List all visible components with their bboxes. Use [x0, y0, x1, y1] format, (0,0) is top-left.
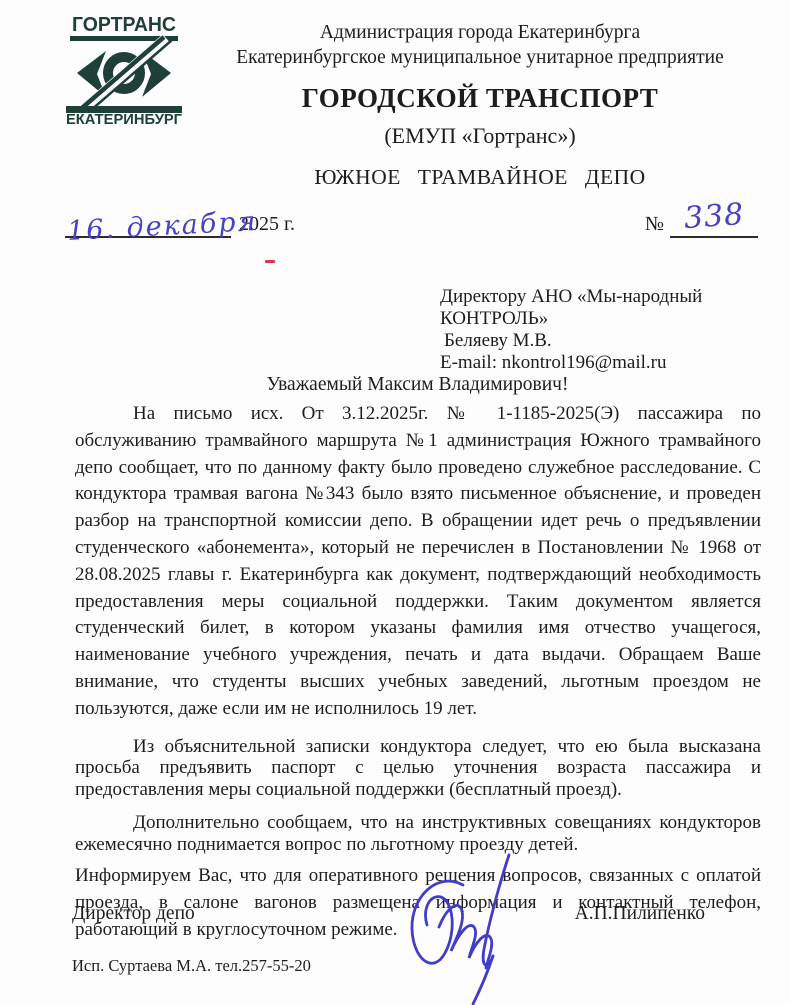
logo-top-text: ГОРТРАНС: [72, 14, 176, 36]
org-line1: Администрация города Екатеринбурга: [200, 20, 760, 45]
handwritten-signature-icon: [393, 853, 558, 1005]
org-line2: Екатеринбургское муниципальное унитарное…: [200, 45, 760, 70]
logo-bottom-text: ЕКАТЕРИНБУРГ: [66, 111, 182, 125]
date-underline: 16. декабря: [65, 200, 231, 238]
reference-line: 16. декабря 2025 г. № 338: [65, 200, 760, 246]
number-group: № 338: [645, 200, 758, 238]
number-underline: 338: [670, 200, 758, 238]
org-abbreviation: (ЕМУП «Гортранс»): [200, 123, 760, 149]
org-name: ГОРОДСКОЙ ТРАНСПОРТ: [200, 83, 760, 114]
recipient-person: Беляеву М.В.: [440, 330, 790, 352]
signature-row: Директор депо А.П.Пилипенко: [72, 903, 705, 925]
department-name: ЮЖНОЕ ТРАМВАЙНОЕ ДЕПО: [200, 165, 760, 190]
red-mark-artifact: [265, 260, 275, 263]
recipient-email: E-mail: nkontrol196@mail.ru: [440, 352, 790, 374]
recipient-block: Директору АНО «Мы-народный КОНТРОЛЬ» Бел…: [440, 286, 790, 374]
gortrans-eye-logo-icon: ГОРТРАНС ЕКАТЕРИНБУРГ: [62, 13, 186, 125]
executor-note: Исп. Суртаева М.А. тел.257-55-20: [72, 956, 311, 976]
paragraph-1: На письмо исх. От 3.12.2025г. № 1-1185-2…: [75, 401, 761, 723]
letterhead: Администрация города Екатеринбурга Екате…: [200, 20, 760, 190]
signer-name: А.П.Пилипенко: [575, 903, 705, 925]
salutation: Уважаемый Максим Владимирович!: [75, 374, 760, 396]
number-sign: №: [645, 213, 670, 238]
handwritten-number: 338: [683, 197, 746, 236]
handwritten-date: 16. декабря: [66, 206, 258, 247]
paragraph-2: Из объяснительной записки кондуктора сле…: [75, 736, 761, 801]
gortrans-logo: ГОРТРАНС ЕКАТЕРИНБУРГ: [62, 13, 186, 125]
signer-position: Директор депо: [72, 903, 195, 925]
paragraph-3: Дополнительно сообщаем, что на инструкти…: [75, 812, 761, 855]
date-group: 16. декабря 2025 г.: [65, 200, 295, 238]
scanned-letter-page: ГОРТРАНС ЕКАТЕРИНБУРГ Администрация горо…: [0, 0, 790, 1005]
recipient-org: Директору АНО «Мы-народный КОНТРОЛЬ»: [440, 286, 790, 330]
